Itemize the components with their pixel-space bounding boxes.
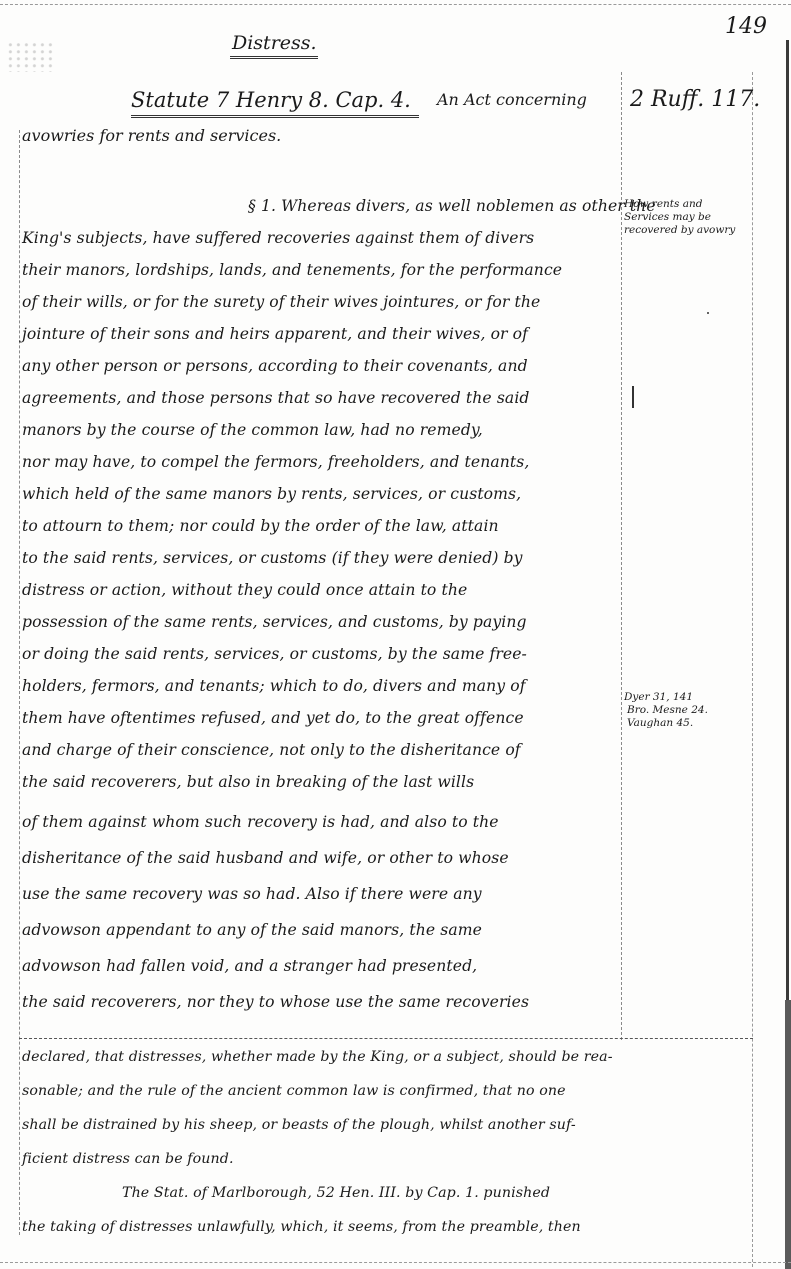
text-line: the taking of distresses unlawfully, whi…	[22, 1219, 581, 1235]
act-title-continuation: avowries for rents and services.	[22, 126, 281, 145]
paste-over-separator	[19, 1038, 753, 1039]
text-line: of them against whom such recovery is ha…	[22, 813, 499, 831]
text-line: to attourn to them; nor could by the ord…	[22, 517, 499, 535]
marginal-column-rule-left	[621, 72, 622, 1040]
text-line: § 1. Whereas divers, as well noblemen as…	[248, 197, 656, 215]
ink-smudge	[8, 42, 53, 72]
marginal-note-references: Dyer 31, 141 Bro. Mesne 24. Vaughan 45.	[624, 691, 708, 730]
marginal-line: Services may be	[624, 211, 735, 224]
text-line: disheritance of the said husband and wif…	[22, 849, 509, 867]
text-line: to the said rents, services, or customs …	[22, 549, 523, 567]
text-line: use the same recovery was so had. Also i…	[22, 885, 482, 903]
text-line: nor may have, to compel the fermors, fre…	[22, 453, 529, 471]
text-line: The Stat. of Marlborough, 52 Hen. III. b…	[122, 1185, 550, 1201]
heading-underline	[230, 56, 318, 59]
statute-citation: 2 Ruff. 117.	[630, 87, 760, 112]
text-line: holders, fermors, and tenants; which to …	[22, 677, 526, 695]
text-line: them have oftentimes refused, and yet do…	[22, 709, 524, 727]
text-line: or doing the said rents, services, or cu…	[22, 645, 527, 663]
text-line: the said recoverers, nor they to whose u…	[22, 993, 529, 1011]
marginal-line: Vaughan 45.	[624, 717, 708, 730]
top-border	[0, 4, 791, 5]
text-line: any other person or persons, according t…	[22, 357, 528, 375]
statute-title: Statute 7 Henry 8. Cap. 4.	[131, 88, 411, 112]
marginal-line: recovered by avowry	[624, 224, 735, 237]
marginal-line: Dyer 31, 141	[624, 691, 708, 704]
margin-tick-mark	[632, 386, 634, 408]
text-line: King's subjects, have suffered recoverie…	[22, 229, 534, 247]
text-line: possession of the same rents, services, …	[22, 613, 527, 631]
text-line: the said recoverers, but also in breakin…	[22, 773, 474, 791]
text-line: agreements, and those persons that so ha…	[22, 389, 530, 407]
marginal-note-avowry: How rents and Services may be recovered …	[624, 198, 735, 237]
text-line: manors by the course of the common law, …	[22, 421, 483, 439]
left-margin-rule	[19, 130, 20, 1235]
text-line: sonable; and the rule of the ancient com…	[22, 1083, 566, 1099]
manuscript-page: 149 Distress. Statute 7 Henry 8. Cap. 4.…	[0, 0, 791, 1269]
text-line: declared, that distresses, whether made …	[22, 1049, 613, 1065]
text-line: and charge of their conscience, not only…	[22, 741, 521, 759]
marginal-line: How rents and	[624, 198, 735, 211]
text-line: which held of the same manors by rents, …	[22, 485, 521, 503]
text-line: of their wills, or for the surety of the…	[22, 293, 540, 311]
text-line: jointure of their sons and heirs apparen…	[22, 325, 528, 343]
act-intro: An Act concerning	[437, 90, 587, 109]
margin-dot	[707, 312, 709, 314]
statute-underline	[131, 115, 419, 118]
text-line: advowson had fallen void, and a stranger…	[22, 957, 477, 975]
text-line: shall be distrained by his sheep, or bea…	[22, 1117, 576, 1133]
bottom-border	[0, 1262, 791, 1263]
page-number: 149	[725, 14, 767, 39]
text-line: ficient distress can be found.	[22, 1151, 234, 1167]
marginal-column-rule-right	[752, 72, 753, 1267]
right-page-edge-shadow	[785, 1000, 791, 1269]
text-line: distress or action, without they could o…	[22, 581, 467, 599]
text-line: their manors, lordships, lands, and tene…	[22, 261, 562, 279]
text-line: advowson appendant to any of the said ma…	[22, 921, 482, 939]
page-heading: Distress.	[232, 32, 317, 54]
marginal-line: Bro. Mesne 24.	[624, 704, 708, 717]
